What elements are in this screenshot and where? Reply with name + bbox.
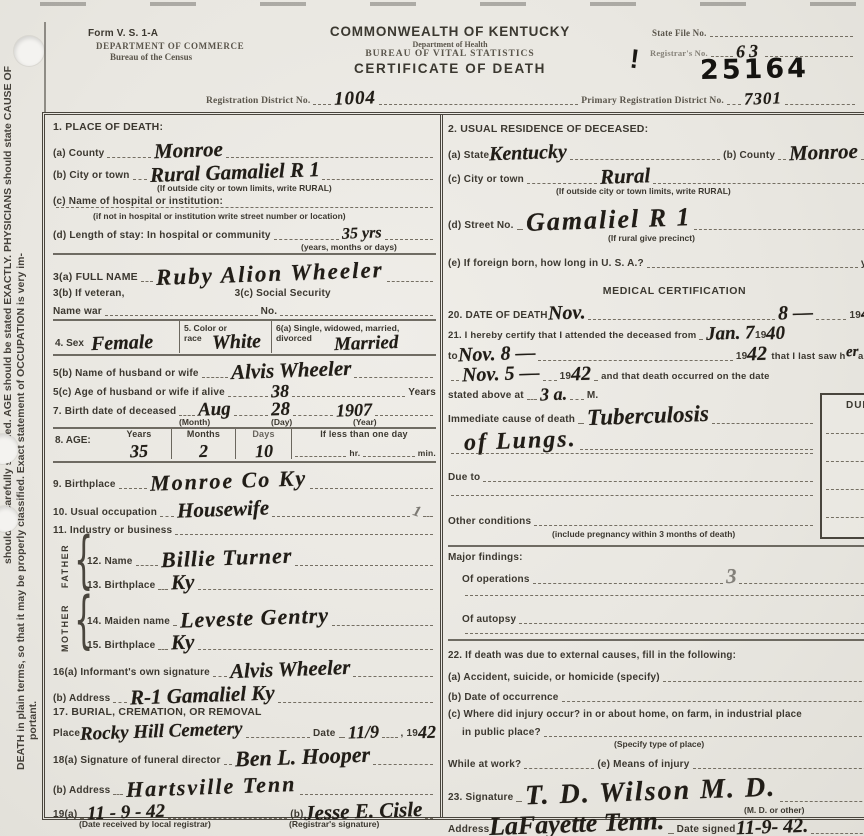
birth-day-value: 28 — [271, 401, 291, 417]
spouse-age-suffix: Years — [408, 387, 436, 398]
hospital-note: (if not in hospital or institution write… — [93, 211, 346, 221]
city-town-value: Rural Gamaliel R 1 — [149, 161, 319, 184]
section-divider — [53, 354, 436, 356]
father-name-value: Billie Turner — [160, 547, 292, 569]
certificate-title: CERTIFICATE OF DEATH — [290, 61, 610, 76]
field-other-conditions: Other conditions — [448, 513, 816, 527]
father-birthplace-value: Ky — [171, 574, 195, 592]
field-length-of-stay: (d) Length of stay: In hospital or commu… — [53, 223, 436, 241]
field-while-at-work: While at work? (e) Means of injury — [448, 755, 864, 770]
field-cause-line-2: of Lungs. — [448, 427, 816, 451]
full-name-label: 3(a) FULL NAME — [53, 271, 138, 283]
dod-year-prefix: 19 — [849, 310, 861, 321]
meridiem-label: M. — [587, 390, 599, 401]
mother-name-label: 14. Maiden name — [87, 616, 170, 627]
due-to-label: Due to — [448, 472, 480, 483]
margin-line: should be carefully supplied. AGE should… — [2, 0, 15, 564]
registration-district-row: Registration District No. 1004 Primary R… — [206, 84, 858, 106]
death-certificate-scan: should be carefully supplied. AGE should… — [0, 0, 864, 836]
father-birthplace-label: 13. Birthplace — [87, 580, 155, 591]
age-months-value: 2 — [199, 443, 208, 458]
field-foreign-born: (e) If foreign born, how long in U. S. A… — [448, 253, 864, 269]
day-note: (Day) — [271, 417, 292, 427]
burial-date-label: Date — [313, 728, 335, 739]
field-date-of-occurrence: (b) Date of occurrence — [448, 687, 864, 703]
social-security-label: 3(c) Social Security — [235, 288, 331, 299]
field-res-state-county: (a) State Kentucky (b) County Monroe — [448, 139, 864, 161]
field-immediate-cause: Immediate cause of death Tuberculosis — [448, 403, 816, 425]
director-address-label: (b) Address — [53, 785, 110, 796]
res-city-label: (c) City or town — [448, 174, 524, 185]
res-state-value: Kentucky — [489, 144, 567, 163]
res-state-label: (a) State — [448, 150, 489, 161]
burial-title: 17. BURIAL, CREMATION, OR REMOVAL — [53, 706, 262, 718]
field-mother-birthplace: 15. Birthplace Ky — [87, 631, 436, 651]
burial-year-value: 42 — [418, 724, 436, 739]
of-operations-label: Of operations — [462, 574, 530, 585]
spouse-age-value: 38 — [271, 383, 289, 398]
sex-value: Female — [91, 334, 154, 352]
county-value: Monroe — [154, 141, 223, 160]
duration-box: DURATION — [820, 393, 864, 539]
field-of-autopsy: Of autopsy — [462, 609, 864, 625]
major-findings-label: Major findings: — [448, 552, 523, 563]
department-name: DEPARTMENT OF COMMERCE — [96, 41, 244, 51]
age-row: 8. AGE: Years 35 Months 2 Days 10 If les… — [53, 429, 436, 459]
certify-line-4: stated above at 3 a. M. — [448, 383, 816, 401]
punch-hole — [14, 36, 44, 66]
form-left-rule — [44, 22, 46, 112]
veteran-ss-lines: Name war No. — [53, 301, 436, 317]
min-label: min. — [418, 448, 436, 458]
sex-race-marital-row: 4. Sex Female 5. Color or race White 6(a… — [53, 321, 436, 353]
operations-ink-mark: 3 — [725, 568, 736, 585]
field-race: 5. Color or race White — [179, 321, 271, 353]
field-res-city: (c) City or town Rural — [448, 163, 864, 185]
received-note: (Date received by local registrar) — [79, 819, 211, 829]
form-body: 1. PLACE OF DEATH: (a) County Monroe (b)… — [42, 112, 864, 820]
birth-year-value: 1907 — [336, 402, 372, 418]
blank-line — [465, 633, 864, 634]
dod-day-value: 8 — — [778, 304, 814, 321]
field-occupation: 10. Usual occupation Housewife 1 — [53, 495, 436, 518]
blank-line — [451, 453, 813, 454]
field-informant-signature: 16(a) Informant's own signature Alvis Wh… — [53, 655, 436, 678]
occupation-label: 10. Usual occupation — [53, 507, 157, 518]
duration-line — [826, 489, 864, 490]
field-father-name: 12. Name Billie Turner — [87, 543, 436, 567]
name-war-label: Name war — [53, 306, 102, 317]
certify-line-2: to Nov. 8 — 19 42 that I last saw h er a… — [448, 343, 864, 362]
from-year-value: 40 — [766, 325, 786, 341]
section-divider — [53, 461, 436, 463]
mother-birthplace-label: 15. Birthplace — [87, 640, 155, 651]
duration-line — [826, 433, 864, 434]
immediate-cause-value: Tuberculosis — [587, 404, 709, 427]
res-city-note: (If outside city or town limits, write R… — [556, 186, 731, 196]
age-lessday-cell: If less than one day hr. min. — [291, 429, 436, 459]
res-street-note: (If rural give precinct) — [608, 233, 695, 243]
spouse-age-label: 5(c) Age of husband or wife if alive — [53, 387, 225, 398]
margin-line: portant. — [27, 0, 40, 740]
age-years-label: Years — [126, 429, 151, 439]
left-margin-instructions: should be carefully supplied. AGE should… — [2, 0, 40, 836]
immediate-cause-label: Immediate cause of death — [448, 414, 575, 425]
age-days-cell: Days 10 — [235, 429, 291, 459]
birth-month-value: Aug — [198, 401, 231, 417]
res-street-value: Gamaliel R 1 — [525, 207, 691, 234]
reg-district-label: Registration District No. — [206, 96, 310, 106]
lessday-label: If less than one day — [320, 429, 408, 439]
mother-birthplace-value: Ky — [171, 634, 195, 652]
to-year-value: 42 — [747, 346, 768, 363]
duration-line — [826, 517, 864, 518]
spouse-name-label: 5(b) Name of husband or wife — [53, 368, 199, 379]
attended-to-value: Nov. 8 — — [458, 345, 536, 364]
blank-line — [451, 495, 813, 496]
field-physician-signature: 23. Signature T. D. Wilson M. D. — [448, 771, 864, 803]
age-days-label: Days — [252, 429, 274, 439]
from-year-prefix: 19 — [755, 330, 767, 341]
field-sex: 4. Sex Female — [53, 321, 179, 353]
age-caption: 8. AGE: — [53, 429, 107, 459]
cause-line-2-value: of Lungs. — [464, 430, 577, 453]
certify-line-1: 21. I hereby certify that I attended the… — [448, 323, 864, 341]
public-place-label: in public place? — [462, 727, 541, 738]
field-accident-suicide: (a) Accident, suicide, or homicide (spec… — [448, 667, 864, 683]
age-years-cell: Years 35 — [107, 429, 171, 459]
physician-signature-value: T. D. Wilson M. D. — [525, 776, 777, 807]
industry-label: 11. Industry or business — [53, 525, 172, 536]
bureau-name: Bureau of the Census — [110, 52, 244, 62]
occupation-value: Housewife — [177, 500, 270, 520]
of-autopsy-label: Of autopsy — [462, 614, 516, 625]
age-days-value: 10 — [254, 443, 272, 458]
month-note: (Month) — [179, 417, 210, 427]
year-note: (Year) — [353, 417, 377, 427]
age-months-label: Months — [187, 429, 220, 439]
city-town-note: (If outside city or town limits, write R… — [157, 183, 332, 193]
field-burial-place: Place Rocky Hill Cemetery Date 11/9 , 19… — [53, 719, 436, 739]
date-of-occurrence-label: (b) Date of occurrence — [448, 692, 559, 703]
scan-edge-artifact — [40, 2, 864, 6]
accident-suicide-label: (a) Accident, suicide, or homicide (spec… — [448, 672, 660, 683]
field-informant-address: (b) Address R-1 Gamaliel Ky — [53, 681, 436, 704]
seen-year-value: 42 — [571, 366, 592, 383]
where-injury-label: (c) Where did injury occur? in or about … — [448, 709, 802, 720]
field-director-address: (b) Address Hartsville Tenn — [53, 771, 436, 796]
birthplace-value: Monroe Co Ky — [149, 470, 307, 493]
title-block: COMMONWEALTH OF KENTUCKY Department of H… — [290, 24, 610, 76]
county-label: (a) County — [53, 148, 104, 159]
field-public-place: in public place? — [462, 723, 864, 738]
form-id-block: Form V. S. 1-A DEPARTMENT OF COMMERCE Bu… — [88, 28, 244, 62]
margin-line: DEATH in plain terms, so that it may be … — [15, 0, 28, 770]
marital-value: Married — [334, 335, 399, 352]
received-label: 19(a) — [53, 809, 77, 820]
director-address-value: Hartsville Tenn — [126, 775, 297, 799]
date-of-death-label: 20. DATE OF DEATH — [448, 310, 548, 321]
field-full-name: 3(a) FULL NAME Ruby Alion Wheeler — [53, 257, 436, 283]
place-of-death-title: 1. PLACE OF DEATH: — [53, 121, 163, 133]
hr-label: hr. — [349, 448, 360, 458]
field-birthplace: 9. Birthplace Monroe Co Ky — [53, 467, 436, 490]
bureau-vital-statistics: BUREAU OF VITAL STATISTICS — [290, 49, 610, 59]
field-city-town: (b) City or town Rural Gamaliel R 1 — [53, 159, 436, 181]
informant-address-value: R-1 Gamaliel Ky — [130, 685, 275, 707]
res-county-label: (b) County — [723, 150, 775, 161]
length-of-stay-label: (d) Length of stay: In hospital or commu… — [53, 230, 271, 241]
informant-address-label: (b) Address — [53, 693, 110, 704]
blank-line — [465, 595, 864, 596]
informant-signature-value: Alvis Wheeler — [230, 659, 351, 680]
race-value: White — [212, 333, 261, 351]
her-insert: er — [845, 346, 858, 358]
length-of-stay-note: (years, months or days) — [301, 242, 397, 252]
field-date-of-death: 20. DATE OF DEATH Nov. 8 — 19 42 — [448, 299, 864, 321]
form-number: Form V. S. 1-A — [88, 28, 244, 39]
field-res-street: (d) Street No. Gamaliel R 1 — [448, 203, 864, 231]
ink-exclamation-mark: ! — [628, 44, 641, 76]
veteran-label: 3(b) If veteran, — [53, 288, 125, 299]
funeral-director-label: 18(a) Signature of funeral director — [53, 755, 221, 766]
registrar-row: 19(a) 11 - 9 - 42 (b) Jesse E. Cisle — [53, 797, 436, 820]
spouse-name-value: Alvis Wheeler — [230, 360, 351, 381]
external-causes-title: 22. If death was due to external causes,… — [448, 650, 736, 661]
burial-place-label: Place — [53, 728, 80, 739]
registrar-signature-note: (Registrar's signature) — [289, 819, 379, 829]
age-years-value: 35 — [130, 443, 148, 458]
field-marital-status: 6(a) Single, widowed, married, divorced … — [271, 321, 436, 353]
primary-district-label: Primary Registration District No. — [581, 96, 724, 106]
dept-of-health: Department of Health — [290, 40, 610, 49]
length-of-stay-value: 35 yrs — [342, 228, 382, 242]
other-conditions-label: Other conditions — [448, 516, 531, 527]
mother-name-value: Leveste Gentry — [180, 607, 330, 630]
column-divider — [440, 115, 443, 817]
age-months-cell: Months 2 — [171, 429, 235, 459]
sex-label: 4. Sex — [55, 338, 84, 350]
field-due-to: Due to — [448, 467, 816, 483]
state-file-no-label: State File No. — [652, 28, 707, 38]
state-file-no-row: State File No. — [652, 24, 856, 38]
field-county: (a) County Monroe — [53, 137, 436, 159]
burial-year-prefix: , 19 — [401, 728, 418, 739]
informant-signature-label: 16(a) Informant's own signature — [53, 667, 210, 678]
reg-district-value: 1004 — [334, 90, 377, 107]
date-signed-value: 11-9- 42. — [735, 818, 808, 836]
funeral-director-value: Ben L. Hooper — [234, 746, 370, 768]
primary-district-value: 7301 — [744, 92, 782, 107]
field-birth-date: 7. Birth date of deceased Aug 28 1907 — [53, 400, 436, 417]
res-street-label: (d) Street No. — [448, 220, 514, 231]
duration-label: DURATION — [822, 400, 864, 411]
burial-place-value: Rocky Hill Cemetery — [80, 721, 243, 742]
while-at-work-label: While at work? — [448, 759, 521, 770]
father-side-label: FATHER — [60, 536, 70, 596]
field-father-birthplace: 13. Birthplace Ky — [87, 571, 436, 591]
birth-date-label: 7. Birth date of deceased — [53, 406, 176, 417]
res-city-value: Rural — [600, 167, 651, 186]
date-signed-label: Date signed — [677, 824, 736, 835]
ink-mark: 1 — [411, 505, 422, 519]
dod-month-value: Nov. — [547, 304, 585, 321]
field-funeral-director: 18(a) Signature of funeral director Ben … — [53, 743, 436, 766]
section-divider — [53, 253, 436, 255]
hour-of-death-value: 3 a. — [540, 386, 567, 401]
certify-line-3: Nov. 5 — 19 42 and that death occurred o… — [448, 363, 864, 382]
physician-signature-label: 23. Signature — [448, 792, 513, 803]
field-of-operations: Of operations 3 — [462, 567, 864, 585]
file-number-stamp: 25164 — [700, 54, 809, 85]
other-conditions-note: (include pregnancy within 3 months of de… — [552, 529, 735, 539]
residence-title: 2. USUAL RESIDENCE OF DECEASED: — [448, 123, 648, 135]
hospital-blank-line — [56, 207, 433, 208]
full-name-value: Ruby Alion Wheeler — [156, 261, 384, 287]
field-mother-name: 14. Maiden name Leveste Gentry — [87, 603, 436, 627]
birthplace-label: 9. Birthplace — [53, 479, 116, 490]
father-name-label: 12. Name — [87, 556, 133, 567]
mother-side-label: MOTHER — [60, 598, 70, 658]
res-county-value: Monroe — [789, 143, 858, 162]
ss-no-label: No. — [261, 306, 278, 317]
section-divider — [448, 545, 864, 547]
type-of-place-note: (Specify type of place) — [614, 739, 704, 749]
veteran-ss-labels: 3(b) If veteran, 3(c) Social Security — [53, 287, 436, 299]
field-spouse-name: 5(b) Name of husband or wife Alvis Wheel… — [53, 358, 436, 379]
duration-line — [826, 461, 864, 462]
field-spouse-age: 5(c) Age of husband or wife if alive 38 … — [53, 381, 436, 398]
state-title: COMMONWEALTH OF KENTUCKY — [290, 24, 610, 39]
field-industry: 11. Industry or business — [53, 521, 436, 536]
physician-address-label: Address — [448, 824, 489, 835]
burial-date-value: 11/9 — [347, 724, 378, 739]
to-label: to — [448, 351, 458, 362]
foreign-born-label: (e) If foreign born, how long in U. S. A… — [448, 258, 644, 269]
medical-certification-title: MEDICAL CERTIFICATION — [448, 285, 864, 297]
physician-address-value: LaFayette Tenn. — [489, 811, 665, 836]
city-town-label: (b) City or town — [53, 170, 130, 181]
field-physician-address: Address LaFayette Tenn. Date signed 11-9… — [448, 809, 864, 835]
section-divider — [448, 639, 864, 641]
means-of-injury-label: (e) Means of injury — [597, 759, 689, 770]
attended-from-value: Jan. 7 — [706, 325, 755, 342]
last-seen-value: Nov. 5 — — [462, 365, 540, 384]
